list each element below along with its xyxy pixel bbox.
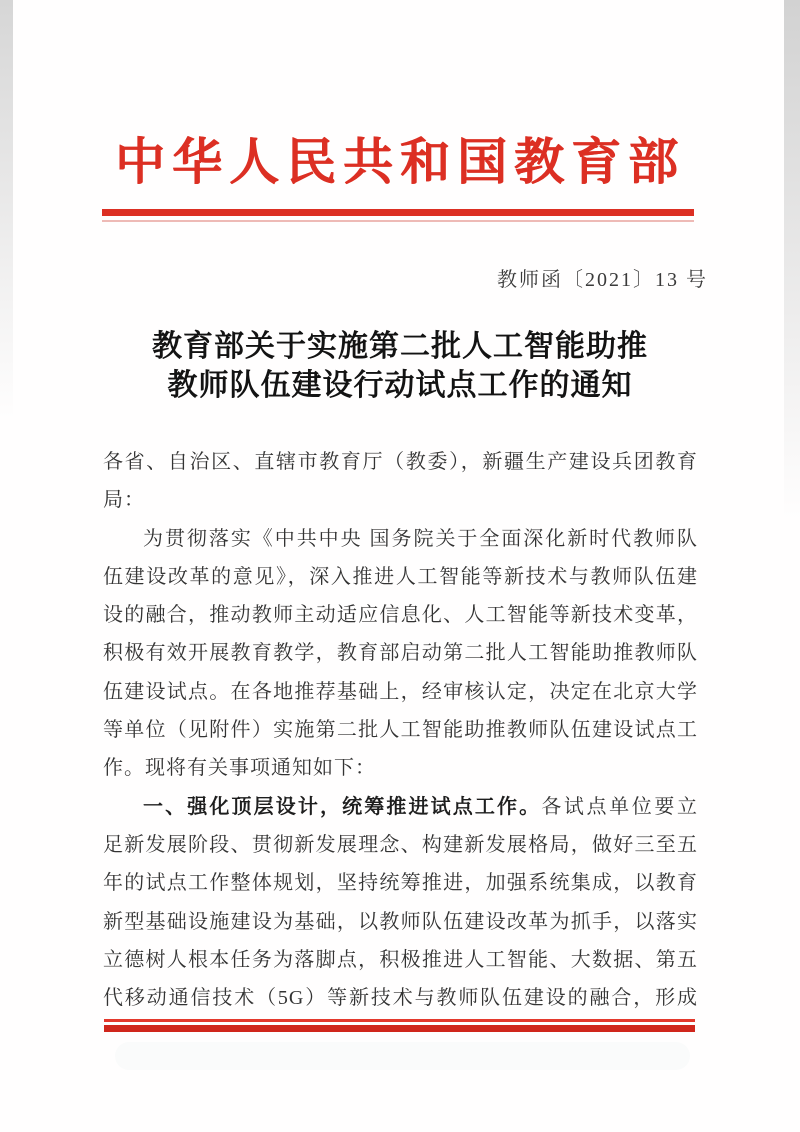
body-line: 伍建设改革的意见》，深入推进人工智能等新技术与教师队伍建 (103, 558, 698, 596)
doc-body: 各省、自治区、直辖市教育厅（教委），新疆生产建设兵团教育 局： 为贯彻落实《中共… (103, 443, 698, 1017)
body-line: 设的融合，推动教师主动适应信息化、人工智能等新技术变革， (103, 596, 698, 634)
doc-title: 教育部关于实施第二批人工智能助推 教师队伍建设行动试点工作的通知 (0, 327, 800, 405)
header-separator-thick-line (102, 209, 694, 216)
body-line: 积极有效开展教育教学，教育部启动第二批人工智能助推教师队 (103, 634, 698, 672)
section-heading-rest: 各试点单位要立 (541, 796, 698, 818)
salutation-line: 局： (103, 481, 698, 519)
header-separator (102, 209, 694, 222)
doc-number: 教师函〔2021〕13 号 (497, 266, 708, 294)
body-line: 年的试点工作整体规划，坚持统筹推进，加强系统集成，以教育 (103, 864, 698, 902)
header-separator-thin-line (102, 220, 694, 222)
body-line: 新型基础设施建设为基础，以教师队伍建设改革为抓手，以落实 (103, 903, 698, 941)
body-line: 一、强化顶层设计，统筹推进试点工作。各试点单位要立 (103, 788, 698, 826)
agency-header: 中华人民共和国教育部 (0, 133, 800, 191)
body-line: 伍建设试点。在各地推荐基础上，经审核认定，决定在北京大学 (103, 673, 698, 711)
document-page: 中华人民共和国教育部 教师函〔2021〕13 号 教育部关于实施第二批人工智能助… (0, 0, 800, 1132)
body-line: 足新发展阶段、贯彻新发展理念、构建新发展格局，做好三至五 (103, 826, 698, 864)
body-line: 作。现将有关事项通知如下： (103, 749, 698, 787)
page-bottom-shading (115, 1042, 690, 1070)
doc-title-line2: 教师队伍建设行动试点工作的通知 (0, 366, 800, 405)
body-line: 等单位（见附件）实施第二批人工智能助推教师队伍建设试点工 (103, 711, 698, 749)
section-heading: 一、强化顶层设计，统筹推进试点工作。 (143, 796, 541, 818)
footer-separator (104, 1019, 695, 1032)
body-line: 立德树人根本任务为落脚点，积极推进人工智能、大数据、第五 (103, 941, 698, 979)
salutation-line: 各省、自治区、直辖市教育厅（教委），新疆生产建设兵团教育 (103, 443, 698, 481)
body-line: 代移动通信技术（5G）等新技术与教师队伍建设的融合，形成 (103, 979, 698, 1017)
doc-title-line1: 教育部关于实施第二批人工智能助推 (0, 327, 800, 366)
footer-separator-thick-line (104, 1025, 695, 1032)
body-line: 为贯彻落实《中共中央 国务院关于全面深化新时代教师队 (103, 520, 698, 558)
page-edge-right (784, 0, 800, 520)
